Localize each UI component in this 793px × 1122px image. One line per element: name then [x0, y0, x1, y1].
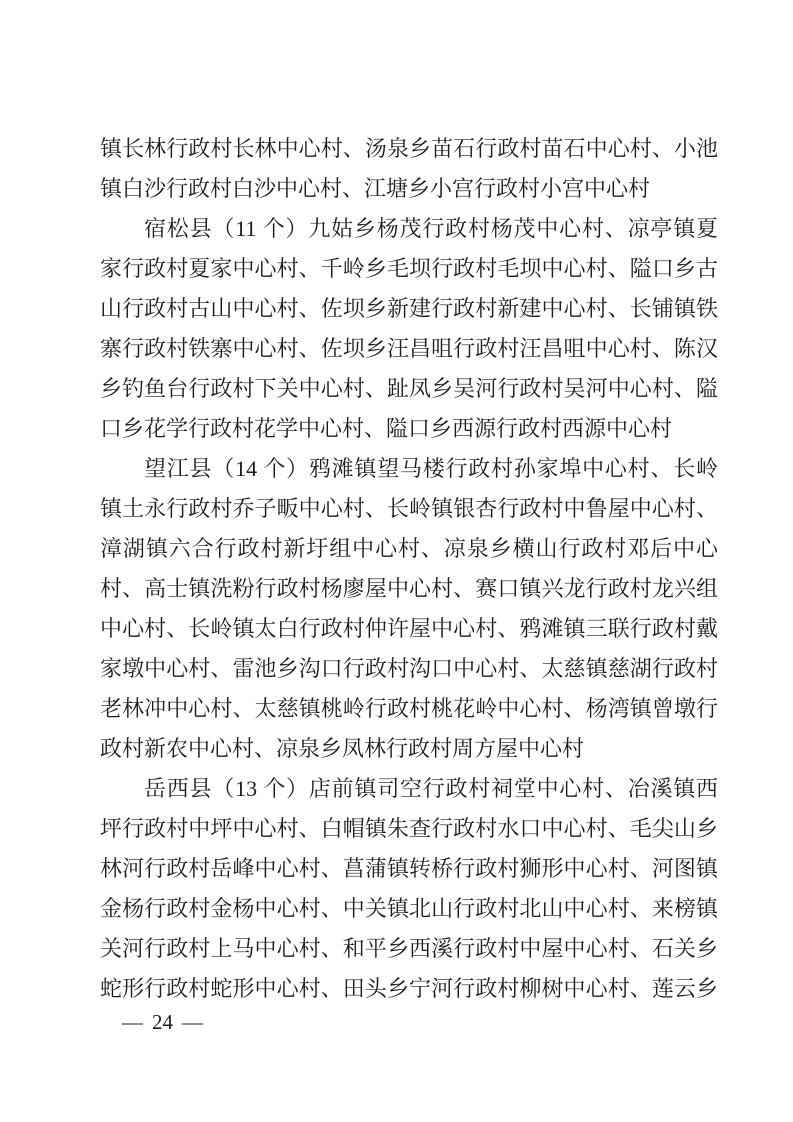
text-line: 口乡花学行政村花学中心村、隘口乡西源行政村西源中心村 — [100, 409, 718, 449]
text-line: 村、高士镇洗粉行政村杨廖屋中心村、赛口镇兴龙行政村龙兴组 — [100, 569, 718, 609]
text-line: 寨行政村铁寨中心村、佐坝乡汪昌咀行政村汪昌咀中心村、陈汉 — [100, 329, 718, 369]
text-line: 乡钓鱼台行政村下关中心村、趾凤乡吴河行政村吴河中心村、隘 — [100, 369, 718, 409]
text-line: 漳湖镇六合行政村新圩组中心村、凉泉乡横山行政村邓后中心 — [100, 529, 718, 569]
text-line: 山行政村古山中心村、佐坝乡新建行政村新建中心村、长铺镇铁 — [100, 289, 718, 329]
em-dash-left: — — [122, 1010, 143, 1034]
page-number: 24 — [152, 1010, 173, 1034]
text-line: 金杨行政村金杨中心村、中关镇北山行政村北山中心村、来榜镇 — [100, 889, 718, 929]
text-line: 政村新农中心村、凉泉乡凤林行政村周方屋中心村 — [100, 729, 718, 769]
text-line: 宿松县（11 个）九姑乡杨茂行政村杨茂中心村、凉亭镇夏 — [100, 209, 718, 249]
text-line: 家墩中心村、雷池乡沟口行政村沟口中心村、太慈镇慈湖行政村 — [100, 649, 718, 689]
text-line: 蛇形行政村蛇形中心村、田头乡宁河行政村柳树中心村、莲云乡 — [100, 969, 718, 1009]
document-page: 镇长林行政村长林中心村、汤泉乡苗石行政村苗石中心村、小池镇白沙行政村白沙中心村、… — [0, 0, 793, 1122]
text-line: 坪行政村中坪中心村、白帽镇朱查行政村水口中心村、毛尖山乡 — [100, 809, 718, 849]
text-line: 岳西县（13 个）店前镇司空行政村祠堂中心村、冶溪镇西 — [100, 769, 718, 809]
text-line: 家行政村夏家中心村、千岭乡毛坝行政村毛坝中心村、隘口乡古 — [100, 249, 718, 289]
paragraph: 望江县（14 个）鸦滩镇望马楼行政村孙家埠中心村、长岭镇土永行政村乔子畈中心村、… — [100, 449, 718, 769]
text-line: 望江县（14 个）鸦滩镇望马楼行政村孙家埠中心村、长岭 — [100, 449, 718, 489]
text-line: 中心村、长岭镇太白行政村仲许屋中心村、鸦滩镇三联行政村戴 — [100, 609, 718, 649]
paragraph: 宿松县（11 个）九姑乡杨茂行政村杨茂中心村、凉亭镇夏家行政村夏家中心村、千岭乡… — [100, 209, 718, 449]
text-line: 关河行政村上马中心村、和平乡西溪行政村中屋中心村、石关乡 — [100, 929, 718, 969]
paragraph: 岳西县（13 个）店前镇司空行政村祠堂中心村、冶溪镇西坪行政村中坪中心村、白帽镇… — [100, 769, 718, 1009]
page-number-footer: — 24 — — [122, 1010, 203, 1034]
text-line: 林河行政村岳峰中心村、菖蒲镇转桥行政村狮形中心村、河图镇 — [100, 849, 718, 889]
text-line: 镇白沙行政村白沙中心村、江塘乡小宫行政村小宫中心村 — [100, 169, 718, 209]
em-dash-right: — — [182, 1010, 203, 1034]
text-line: 镇长林行政村长林中心村、汤泉乡苗石行政村苗石中心村、小池 — [100, 129, 718, 169]
text-line: 镇土永行政村乔子畈中心村、长岭镇银杏行政村中鲁屋中心村、 — [100, 489, 718, 529]
paragraph: 镇长林行政村长林中心村、汤泉乡苗石行政村苗石中心村、小池镇白沙行政村白沙中心村、… — [100, 129, 718, 209]
text-line: 老林冲中心村、太慈镇桃岭行政村桃花岭中心村、杨湾镇曾墩行 — [100, 689, 718, 729]
body-text: 镇长林行政村长林中心村、汤泉乡苗石行政村苗石中心村、小池镇白沙行政村白沙中心村、… — [100, 129, 718, 1009]
